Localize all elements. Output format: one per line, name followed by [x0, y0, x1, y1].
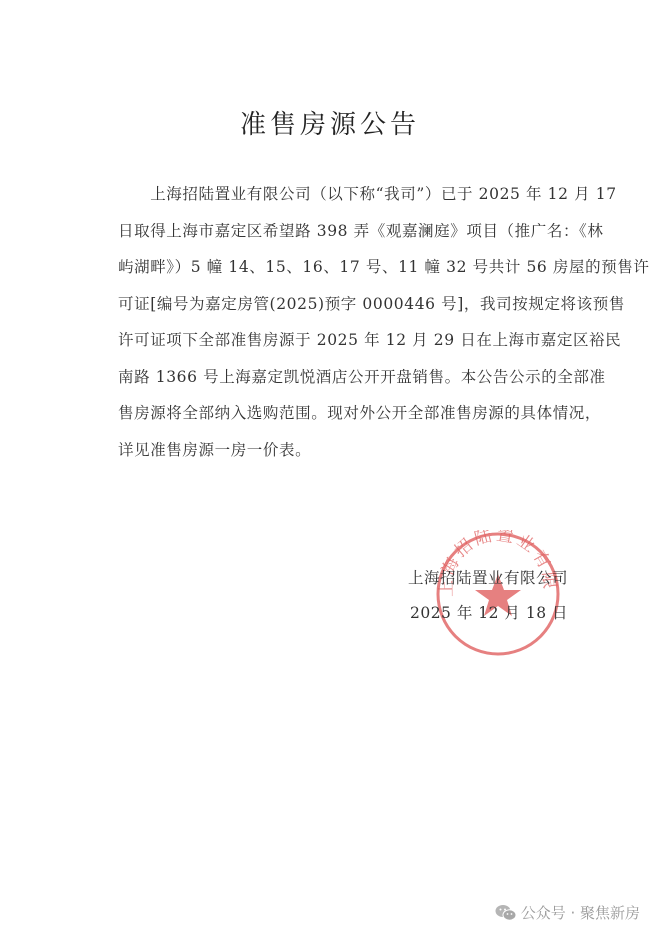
body-line: 南路 1366 号上海嘉定凯悦酒店公开开盘销售。本公告公示的全部准: [118, 359, 574, 396]
signature-company: 上海招陆置业有限公司: [408, 566, 568, 588]
body-line: 可证[编号为嘉定房管(2025)预字 0000446 号]，我司按规定将该预售: [118, 286, 574, 323]
body-line: 售房源将全部纳入选购范围。现对外公开全部准售房源的具体情况，: [118, 395, 574, 432]
body-line: 屿湖畔》）5 幢 14、15、16、17 号、11 幢 32 号共计 56 房屋…: [118, 249, 574, 286]
body-line: 上海招陆置业有限公司（以下称“我司”）已于 2025 年 12 月 17: [118, 176, 574, 213]
company-seal-icon: 上海招陆置业有限公司: [434, 530, 562, 658]
signature-date: 2025 年 12 月 18 日: [410, 601, 568, 623]
watermark: 公众号 · 聚焦新房: [495, 902, 640, 923]
document-title: 准售房源公告: [0, 104, 660, 141]
body-line: 详见准售房源一房一价表。: [118, 432, 574, 469]
wechat-icon: [495, 904, 517, 922]
body-line: 日取得上海市嘉定区希望路 398 弄《观嘉澜庭》项目（推广名：《林: [118, 213, 574, 250]
body-line: 许可证项下全部准售房源于 2025 年 12 月 29 日在上海市嘉定区裕民: [118, 322, 574, 359]
watermark-label: 公众号 · 聚焦新房: [521, 902, 640, 923]
announcement-body: 上海招陆置业有限公司（以下称“我司”）已于 2025 年 12 月 17 日取得…: [118, 176, 574, 468]
